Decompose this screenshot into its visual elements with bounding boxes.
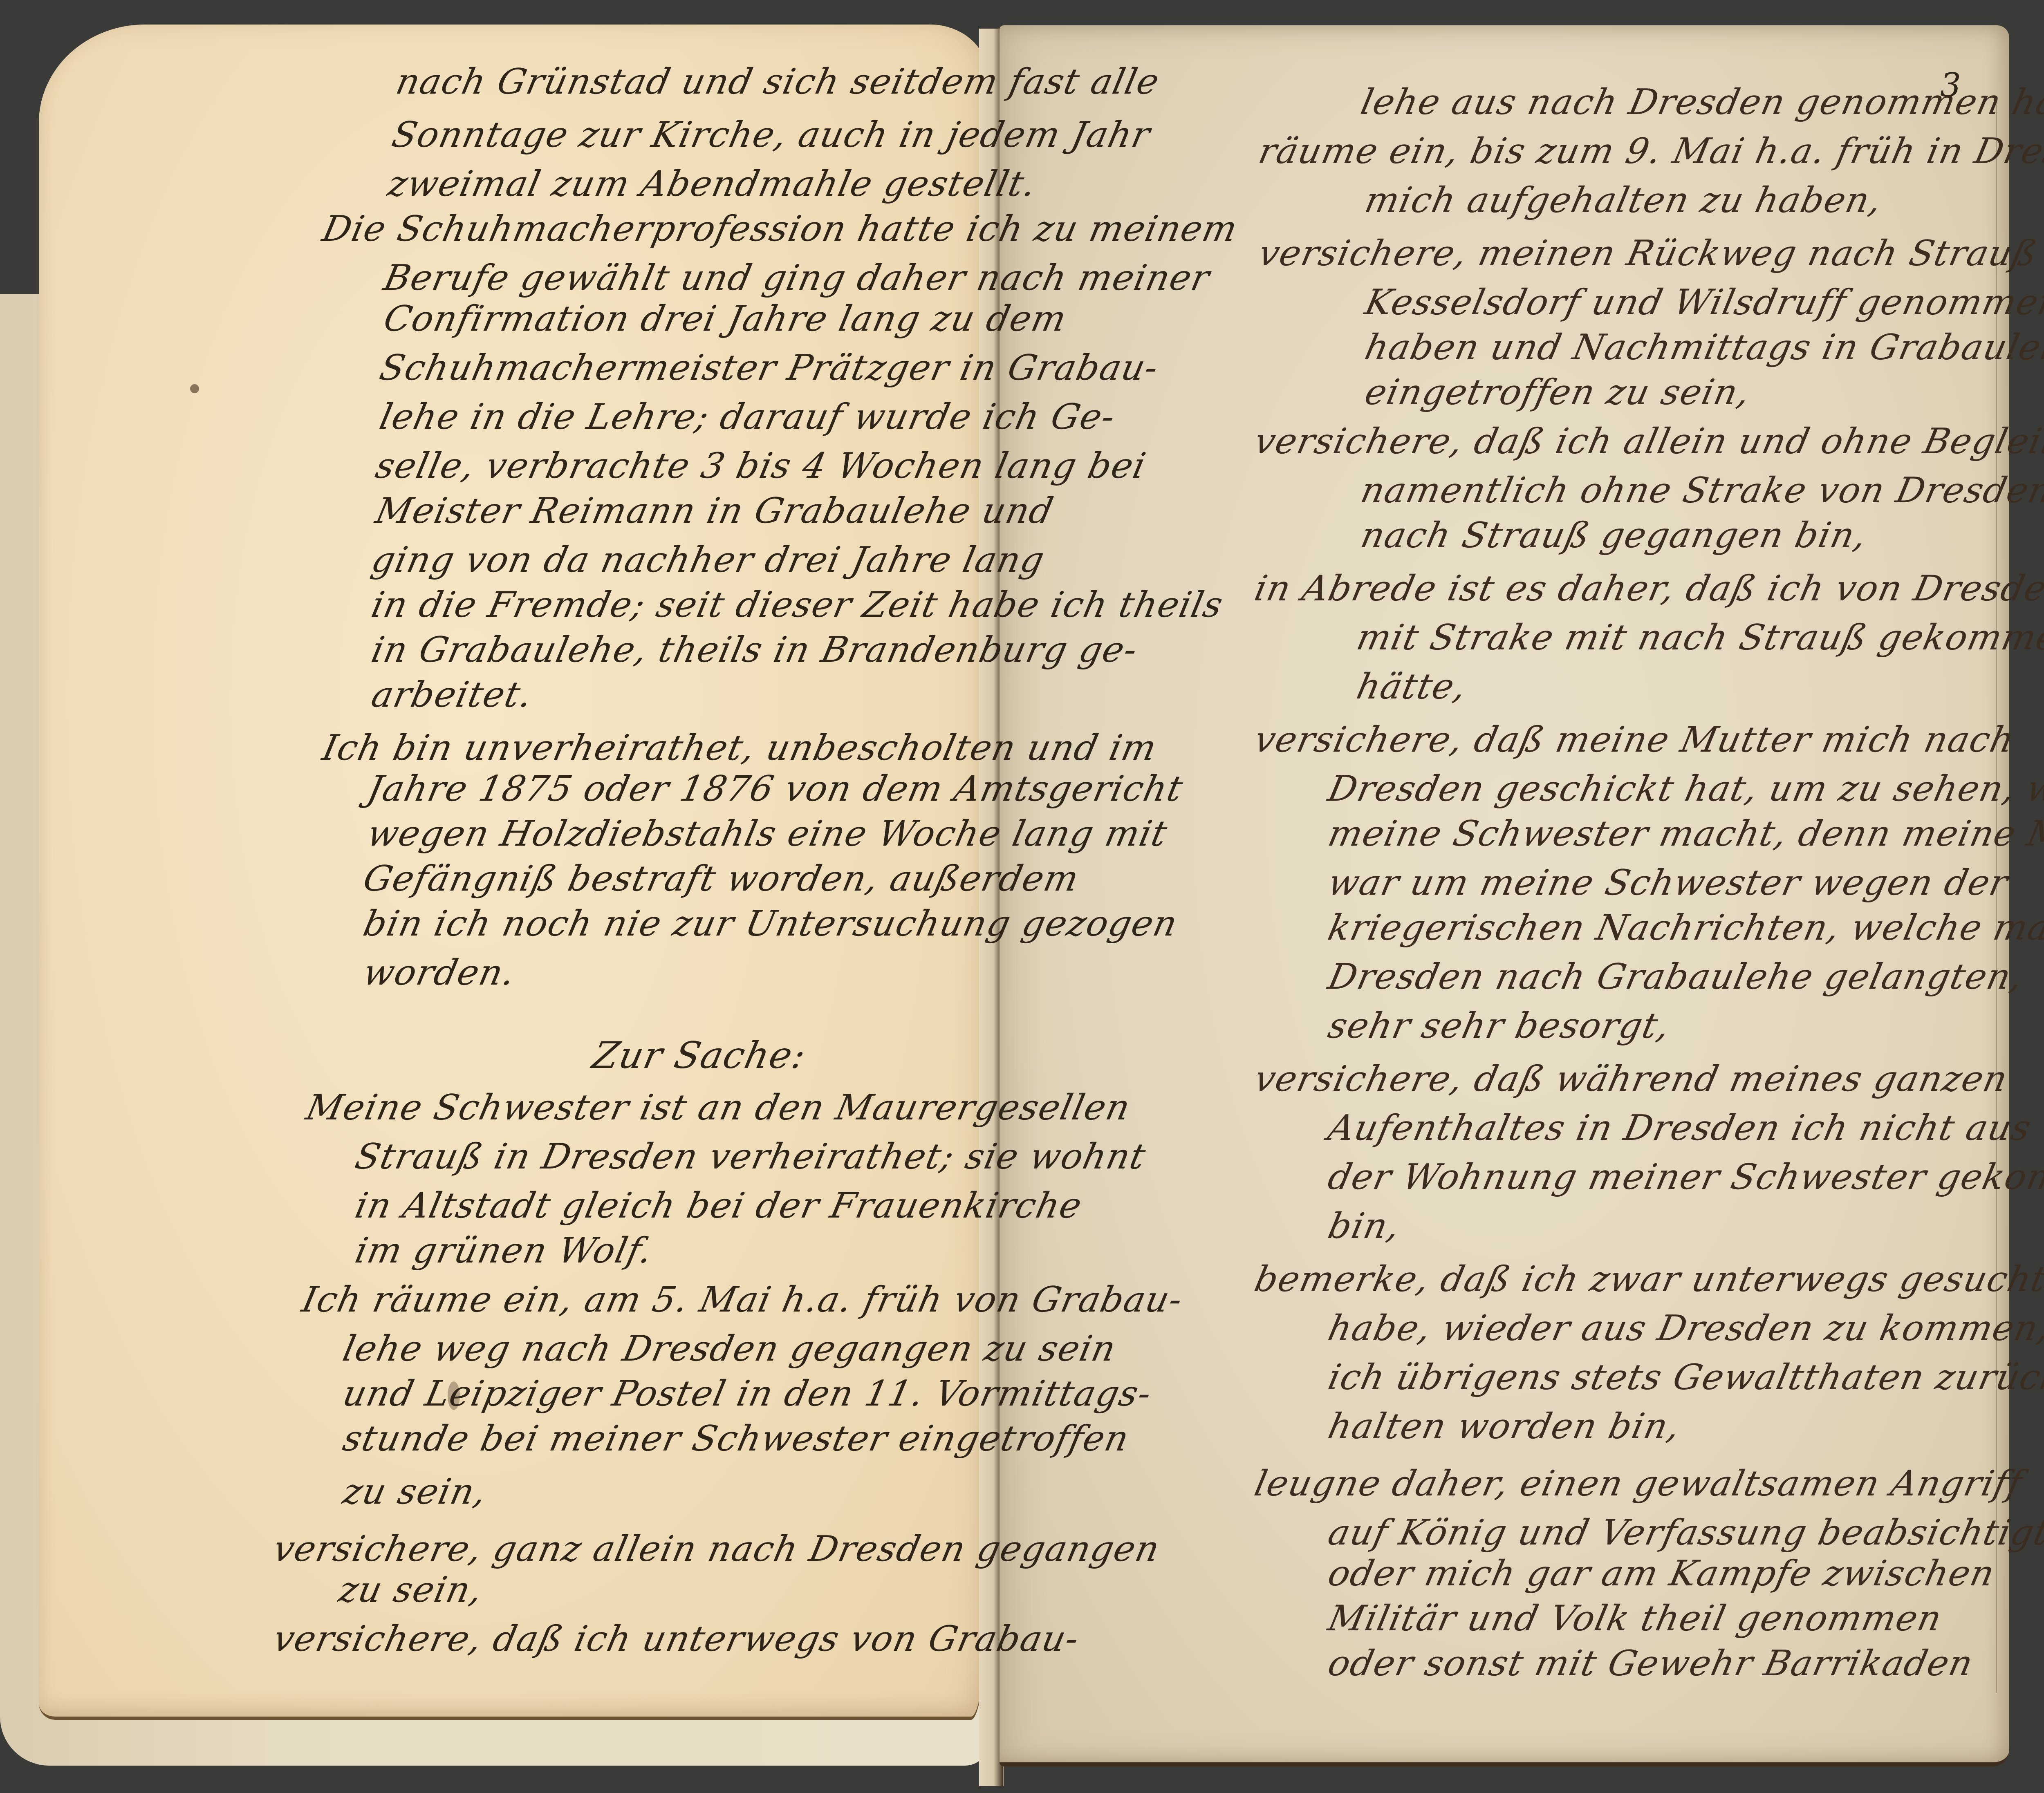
manuscript-line: versichere, daß meine Mutter mich nach	[1251, 719, 2018, 760]
manuscript-line: namentlich ohne Strake von Dresden	[1357, 470, 2044, 511]
manuscript-line: bemerke, daß ich zwar unterwegs gesucht	[1251, 1259, 2044, 1300]
manuscript-line: Strauß in Dresden verheirathet; sie wohn…	[352, 1136, 1150, 1177]
manuscript-line: und Leipziger Postel in den 11. Vormitta…	[339, 1373, 1156, 1414]
manuscript-line: Ich räume ein, am 5. Mai h.a. früh von G…	[298, 1279, 1187, 1320]
manuscript-line: ging von da nachher drei Jahre lang	[368, 539, 1049, 580]
manuscript-line: hätte,	[1353, 666, 1470, 707]
manuscript-line: nach Grünstad und sich seitdem fast alle	[392, 61, 1163, 102]
manuscript-line: versichere, daß während meines ganzen	[1251, 1059, 2012, 1099]
manuscript-line: in Grabaulehe, theils in Brandenburg ge-	[368, 629, 1141, 670]
manuscript-line: in die Fremde; seit dieser Zeit habe ich…	[368, 584, 1227, 625]
manuscript-line: wegen Holzdiebstahls eine Woche lang mit	[364, 813, 1171, 854]
manuscript-line: im grünen Wolf.	[352, 1230, 657, 1271]
manuscript-line: war um meine Schwester wegen der	[1325, 862, 2012, 903]
manuscript-line: zu sein,	[335, 1569, 487, 1610]
manuscript-line: Militär und Volk theil genommen	[1325, 1598, 1946, 1639]
manuscript-line: eingetroffen zu sein,	[1361, 372, 1754, 413]
ink-spot	[190, 384, 199, 393]
manuscript-line: selle, verbrachte 3 bis 4 Wochen lang be…	[372, 445, 1150, 486]
manuscript-line: versichere, daß ich allein und ohne Begl…	[1251, 421, 2044, 462]
manuscript-line: Dresden geschickt hat, um zu sehen, was	[1325, 768, 2044, 809]
manuscript-line: Sonntage zur Kirche, auch in jedem Jahr	[388, 114, 1154, 155]
manuscript-line: räume ein, bis zum 9. Mai h.a. früh in D…	[1255, 131, 2044, 172]
manuscript-line: lehe aus nach Dresden genommen habe,	[1357, 82, 2044, 123]
section-heading: Zur Sache:	[589, 1034, 810, 1077]
manuscript-line: Kesselsdorf und Wilsdruff genommen zu	[1361, 282, 2044, 323]
manuscript-line: ich übrigens stets Gewaltthaten zurückge…	[1325, 1357, 2044, 1398]
manuscript-line: oder mich gar am Kampfe zwischen	[1325, 1553, 1999, 1594]
manuscript-line: zweimal zum Abendmahle gestellt.	[384, 163, 1040, 204]
manuscript-line: meine Schwester macht, denn meine Mutter	[1325, 813, 2044, 854]
manuscript-line: habe, wieder aus Dresden zu kommen,	[1325, 1308, 2044, 1349]
manuscript-line: bin,	[1325, 1206, 1404, 1247]
manuscript-line: arbeitet.	[368, 674, 536, 715]
manuscript-line: Jahre 1875 oder 1876 von dem Amtsgericht	[364, 768, 1187, 809]
manuscript-line: Meister Reimann in Grabaulehe und	[372, 490, 1058, 531]
manuscript-line: haben und Nachmittags in Grabaulehe	[1361, 327, 2044, 368]
manuscript-line: Confirmation drei Jahre lang zu dem	[380, 298, 1071, 339]
manuscript-line: Die Schuhmacherprofession hatte ich zu m…	[319, 208, 1242, 249]
manuscript-line: worden.	[360, 952, 519, 993]
manuscript-line: halten worden bin,	[1325, 1406, 1684, 1447]
manuscript-line: versichere, daß ich unterwegs von Grabau…	[270, 1618, 1083, 1659]
manuscript-line: versichere, meinen Rückweg nach Strauß ü…	[1255, 233, 2044, 274]
manuscript-line: in Altstadt gleich bei der Frauenkirche	[352, 1185, 1086, 1226]
manuscript-line: bin ich noch nie zur Untersuchung gezoge…	[360, 903, 1181, 944]
manuscript-line: zu sein,	[339, 1471, 491, 1512]
manuscript-line: Schuhmachermeister Prätzger in Grabau-	[376, 347, 1162, 388]
manuscript-line: oder sonst mit Gewehr Barrikaden	[1325, 1643, 1977, 1684]
manuscript-line: Dresden nach Grabaulehe gelangten,	[1325, 956, 2027, 997]
manuscript-line: leugne daher, einen gewaltsamen Angriff	[1251, 1463, 2026, 1504]
manuscript-line: stunde bei meiner Schwester eingetroffen	[339, 1418, 1133, 1459]
manuscript-line: lehe in die Lehre; darauf wurde ich Ge-	[376, 396, 1119, 437]
manuscript-line: Aufenthaltes in Dresden ich nicht aus	[1325, 1108, 2035, 1148]
manuscript-line: Gefängniß bestraft worden, außerdem	[360, 858, 1083, 899]
manuscript-line: Meine Schwester ist an den Maurergeselle…	[303, 1087, 1134, 1128]
manuscript-line: auf König und Verfassung beabsichtigt	[1325, 1512, 2044, 1553]
manuscript-line: in Abrede ist es daher, daß ich von Dres…	[1251, 568, 2044, 609]
manuscript-line: sehr sehr besorgt,	[1325, 1005, 1674, 1046]
manuscript-line: mich aufgehalten zu haben,	[1361, 180, 1886, 221]
manuscript-line: nach Strauß gegangen bin,	[1357, 515, 1871, 556]
manuscript-line: Berufe gewählt und ging daher nach meine…	[380, 257, 1214, 298]
manuscript-line: kriegerischen Nachrichten, welche man	[1325, 907, 2044, 948]
manuscript-line: lehe weg nach Dresden gegangen zu sein	[339, 1328, 1120, 1369]
manuscript-line: versichere, ganz allein nach Dresden geg…	[270, 1529, 1164, 1569]
manuscript-line: der Wohnung meiner Schwester gekommen	[1325, 1157, 2044, 1198]
manuscript-line: Ich bin unverheirathet, unbescholten und…	[319, 727, 1161, 768]
manuscript-line: mit Strake mit nach Strauß gekommen	[1353, 617, 2044, 658]
